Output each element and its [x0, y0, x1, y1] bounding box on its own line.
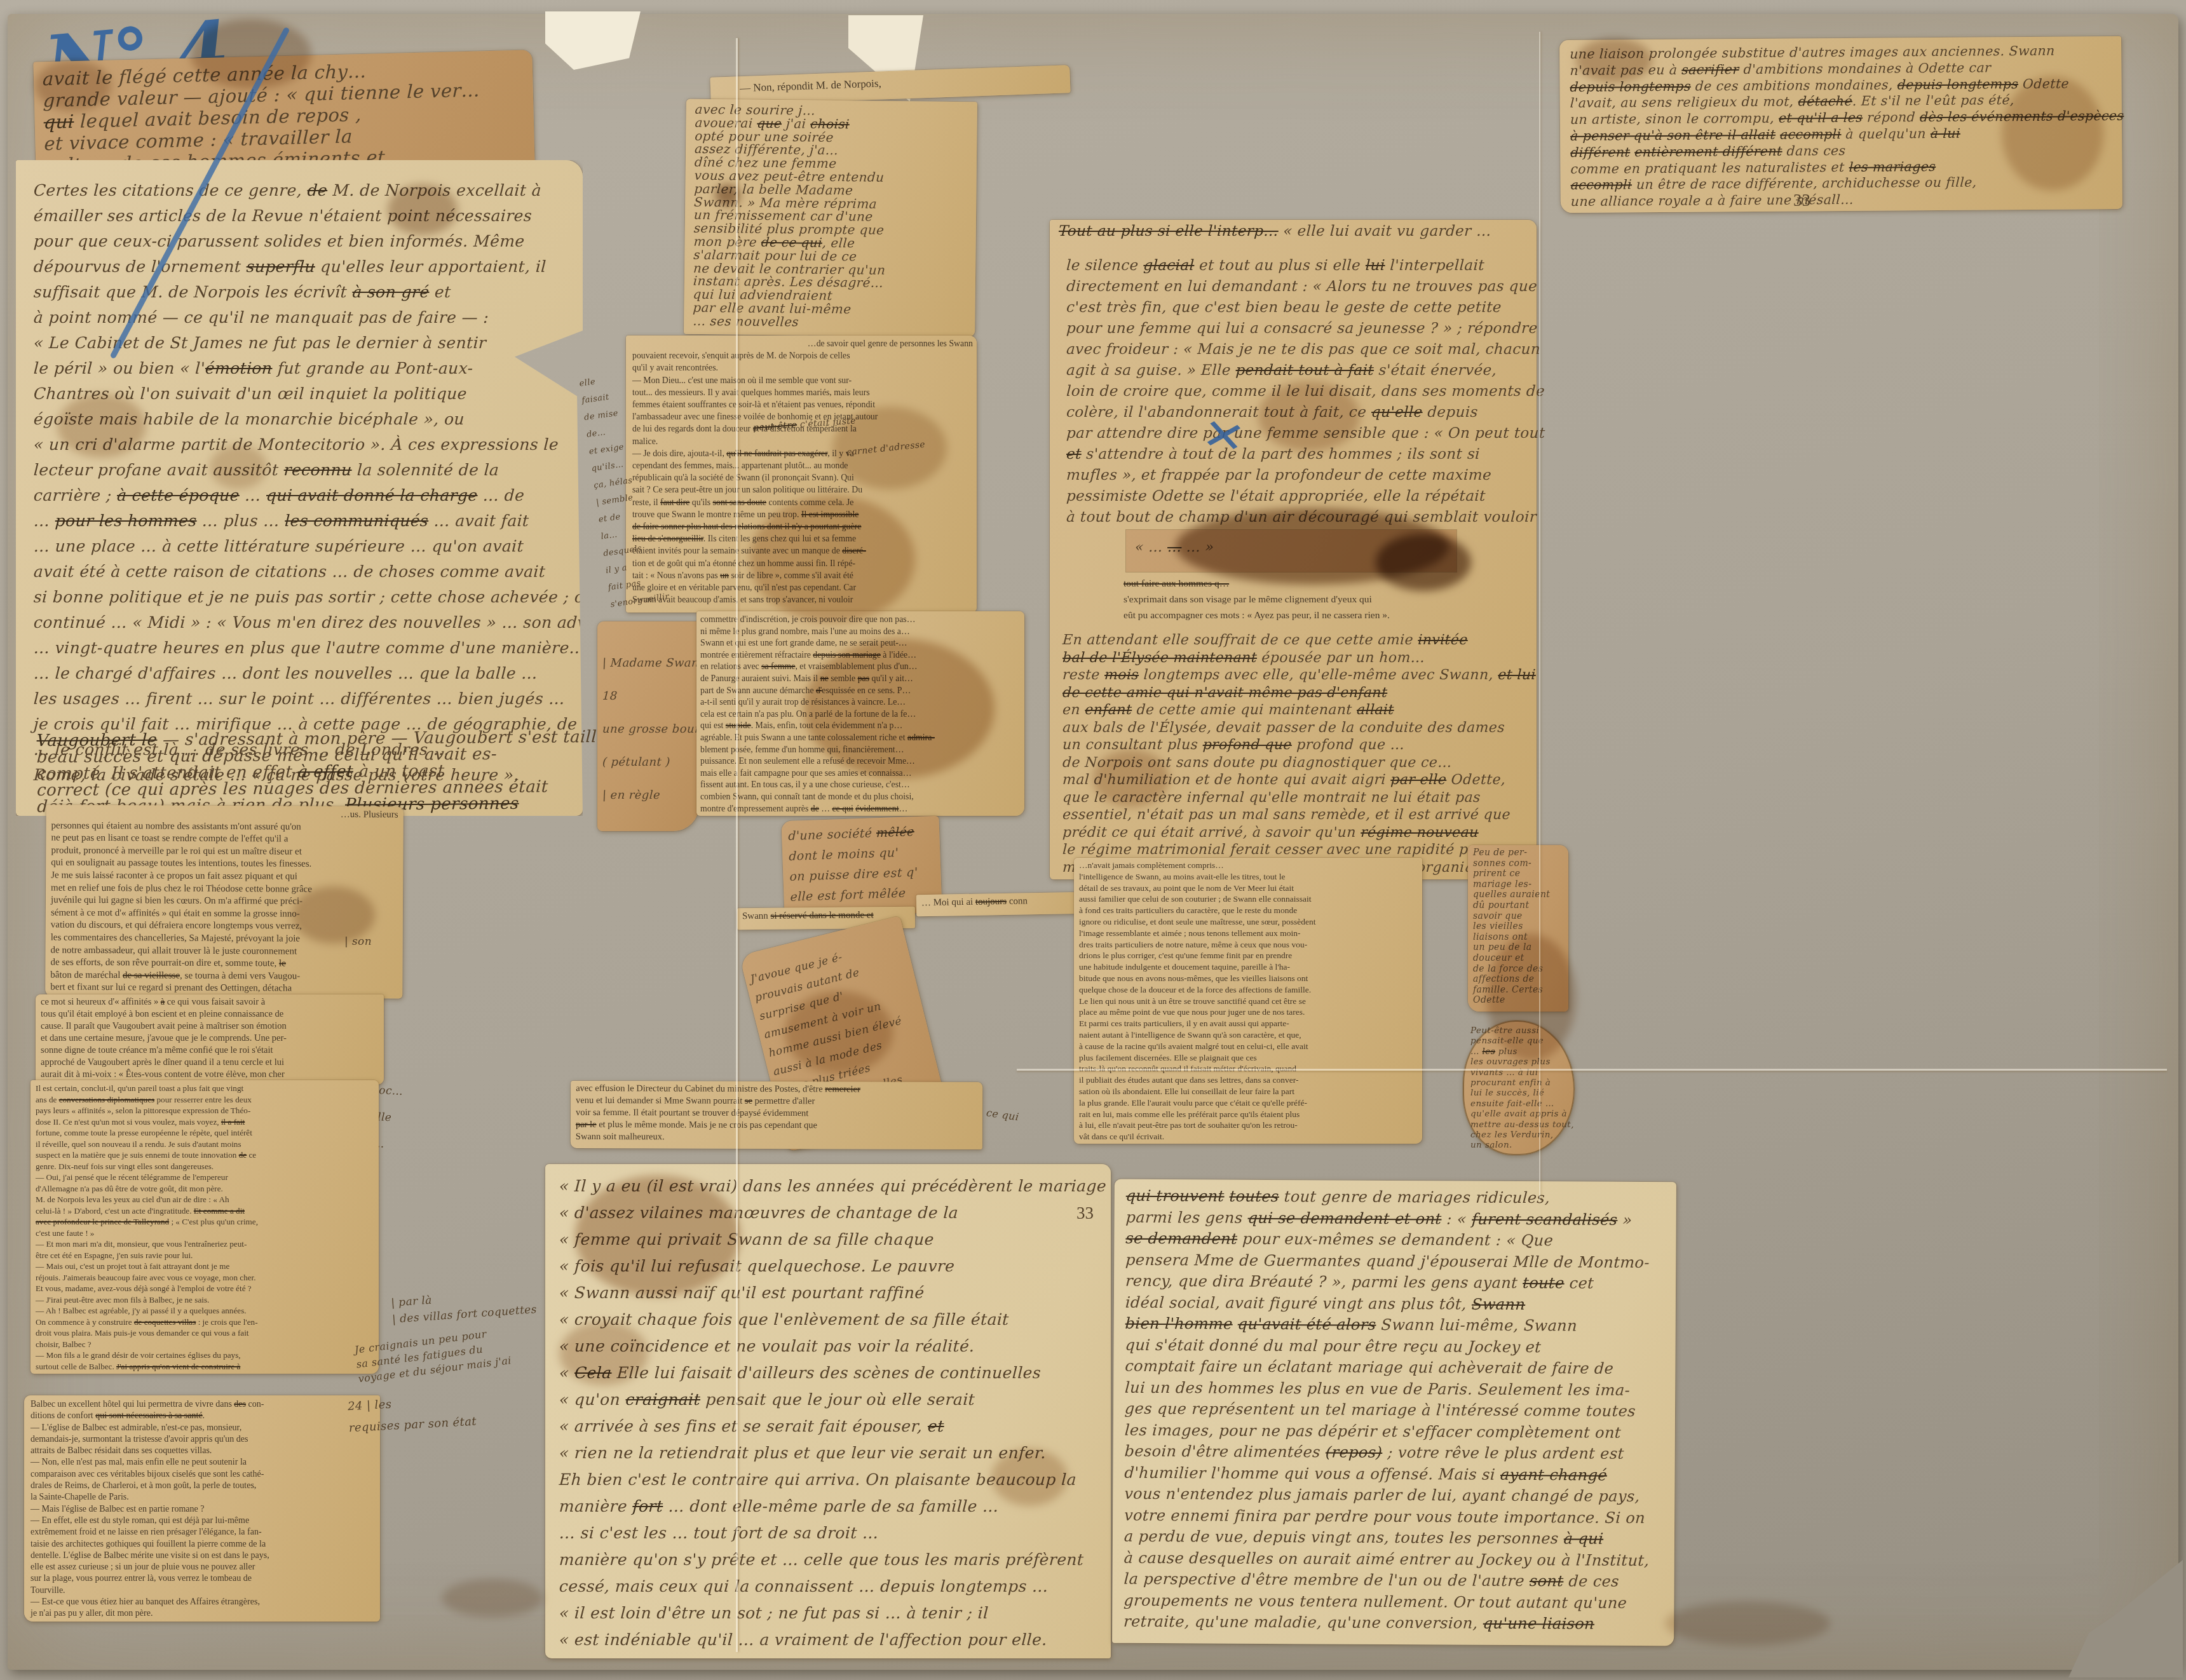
right-top-strip: Tout au plus si elle l'interp… « elle lu…	[1050, 222, 1537, 241]
fragment-right-composite: Tout au plus si elle l'interp… « elle lu…	[1050, 220, 1537, 879]
galley-intelligence-lines: …n'avait jamais complètement compris…l'i…	[1079, 860, 1417, 1142]
margin-note-requises: 24 | lesrequises par son état	[347, 1390, 477, 1439]
galley-suite-lines: ce mot si heureux d'« affinités » à ce q…	[41, 996, 379, 1081]
galley-plusieurs-lines: …us. Plusieurspersonnes qui étaient au n…	[50, 808, 398, 996]
page-number-top-right: 33	[1793, 191, 1810, 210]
fragment-margin-s1: Peu de per-sonnes com-prirent cemariage …	[1468, 845, 1568, 1012]
margin-l-lines: | Madame Swann18une grosse bourde( pétul…	[602, 647, 696, 812]
strip-moi-text: … Moi qui ai toujours conn	[921, 895, 1082, 909]
galley-swann-2-lines: commettre d'indiscrétion, je crois pouvo…	[700, 614, 1021, 815]
galley-directeur-lines: avec effusion le Directeur du Cabinet du…	[576, 1083, 977, 1144]
blue-cross-mark: ✕	[1198, 409, 1249, 464]
fragment-bottom-right: qui trouvent toutes tout genre de mariag…	[1112, 1179, 1676, 1646]
right-stained-strip: « … … … »	[1126, 530, 1456, 572]
fragment-bottom-center: « Il y a eu (il est vrai) dans les année…	[545, 1164, 1111, 1658]
fragment-galley-directeur: avec effusion le Directeur du Cabinet du…	[571, 1081, 982, 1149]
center-column-lines: avec le sourire j…avouerai que j'ai choi…	[693, 103, 975, 330]
fragment-center-column: avec le sourire j…avouerai que j'ai choi…	[684, 99, 977, 337]
fragment-strip-moi: … Moi qui ai toujours conn	[916, 892, 1087, 917]
fragment-galley-intelligence: …n'avait jamais complètement compris…l'i…	[1074, 858, 1422, 1144]
fragment-galley-toast: Il est certain, conclut-il, qu'un pareil…	[31, 1080, 379, 1374]
fragment-left-page: Certes les citations de ce genre, de M. …	[16, 160, 583, 816]
fragment-galley-swann-2: commettre d'indiscrétion, je crois pouvo…	[696, 611, 1024, 816]
note-son: | son	[344, 935, 372, 948]
left-page-lines: Certes les citations de ce genre, de M. …	[34, 178, 576, 788]
fragment-galley-balbec: Balbec un excellent hôtel qui lui permet…	[24, 1395, 380, 1622]
fragment-margin-l-scrap: | Madame Swann18une grosse bourde( pétul…	[597, 621, 699, 831]
manuscript-photo: N° 4 avait le flégé cette année la chy…g…	[0, 0, 2186, 1680]
top-right-lines: une liaison prolongée substitue d'autres…	[1570, 43, 2120, 210]
galley-toast-lines: Il est certain, conclut-il, qu'un pareil…	[36, 1083, 374, 1372]
fragment-galley-suite: ce mot si heureux d'« affinités » à ce q…	[36, 994, 384, 1085]
page-number-bottom: 33	[1076, 1203, 1094, 1223]
right-block2: En attendant elle souffrait de ce que ce…	[1062, 632, 1533, 876]
scrap-societe-lines: d'une société mêléedont le moins qu'on p…	[788, 821, 935, 907]
galley-balbec-lines: Balbec un excellent hôtel qui lui permet…	[31, 1399, 374, 1620]
fragment-galley-plusieurs: …us. Plusieurspersonnes qui étaient au n…	[45, 805, 404, 999]
right-print-strip: tout faire aux hommes q…s'exprimait dans…	[1124, 576, 1517, 623]
fragment-margin-s2: Peut-être aussipensait-elle que… les plu…	[1463, 1020, 1575, 1155]
fragment-galley-swann-1: …de savoir quel genre de personnes les S…	[626, 335, 977, 613]
bottom-center-lines: « Il y a eu (il est vrai) dans les année…	[559, 1173, 1107, 1653]
galley-swann-1-lines: …de savoir quel genre de personnes les S…	[632, 337, 973, 606]
right-block1: le silence glacial et tout au plus si el…	[1066, 255, 1530, 528]
fragment-top-right: une liaison prolongée substitue d'autres…	[1559, 36, 2122, 213]
bottom-right-lines: qui trouvent toutes tout genre de mariag…	[1124, 1186, 1674, 1636]
